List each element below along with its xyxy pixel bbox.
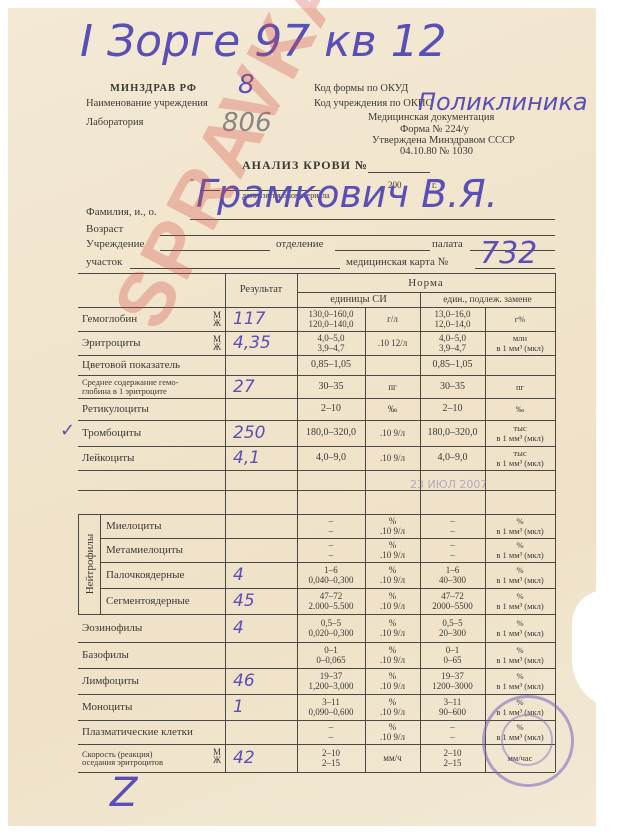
approved-date: 04.10.80 № 1030 bbox=[400, 146, 473, 157]
result-value[interactable]: 117 bbox=[233, 307, 265, 331]
norm-si-value: 19–371,200–3,000 bbox=[297, 668, 365, 694]
row-name: Среднее содержание гемо-глобина в 1 эрит… bbox=[82, 375, 211, 398]
row-name: Цветовой показатель bbox=[82, 355, 211, 375]
sex-marker: МЖ bbox=[211, 748, 223, 764]
norm-old-value: 0,5–520–300 bbox=[420, 614, 485, 642]
norm-si-unit: %.10 9/л bbox=[365, 562, 420, 588]
norm-si-value bbox=[297, 490, 365, 514]
norm-si-unit: %.10 9/л bbox=[365, 614, 420, 642]
norm-old-value: 3–1190–600 bbox=[420, 694, 485, 720]
round-stamp-icon bbox=[482, 695, 574, 787]
norm-si-value: 1–60,040–0,300 bbox=[297, 562, 365, 588]
row-name: Базофилы bbox=[82, 642, 211, 668]
norm-old-unit: тысв 1 мм³ (мкл) bbox=[485, 446, 555, 470]
norm-old-unit: пг bbox=[485, 375, 555, 398]
result-value[interactable]: 4 bbox=[233, 562, 244, 588]
norm-si-value: 2–10 bbox=[297, 398, 365, 420]
norm-si-unit: %.10 9/л bbox=[365, 642, 420, 668]
checkmark-icon: ✓ bbox=[60, 420, 75, 441]
norm-si-unit: пг bbox=[365, 375, 420, 398]
norm-si-value: 47–722.000–5.500 bbox=[297, 588, 365, 614]
result-value[interactable]: 45 bbox=[233, 588, 255, 614]
norm-old-unit: %в 1 мм³ (мкл) bbox=[485, 588, 555, 614]
norm-old-unit: млнв 1 мм³ (мкл) bbox=[485, 331, 555, 355]
norm-old-value: 30–35 bbox=[420, 375, 485, 398]
norm-old-value: 4,0–9,0 bbox=[420, 446, 485, 470]
row-name: Миелоциты bbox=[106, 514, 211, 538]
col-line bbox=[225, 273, 226, 772]
norm-si-unit: %.10 9/л bbox=[365, 668, 420, 694]
form-number: Форма № 224/у bbox=[400, 124, 469, 135]
row-name: Скорость (реакция)оседания эритроцитов bbox=[82, 744, 211, 772]
norm-old-unit: %в 1 мм³ (мкл) bbox=[485, 642, 555, 668]
norm-old-unit: %в 1 мм³ (мкл) bbox=[485, 614, 555, 642]
norm-si-value: 0–10–0,065 bbox=[297, 642, 365, 668]
neutrophils-group-label: Нейтрофилы bbox=[82, 534, 98, 594]
surname-field[interactable] bbox=[190, 219, 555, 220]
department-field[interactable] bbox=[335, 250, 430, 251]
norm-si-unit: %.10 9/л bbox=[365, 694, 420, 720]
handwritten-signature: Z bbox=[110, 770, 137, 816]
norm-si-value: –– bbox=[297, 538, 365, 562]
date-stamp: 23 ИЮЛ 2007 bbox=[410, 478, 487, 491]
result-value[interactable]: 1 bbox=[233, 694, 244, 720]
row-name: Тромбоциты bbox=[82, 420, 211, 446]
norm-old-value: 4,0–5,03,9–4,7 bbox=[420, 331, 485, 355]
result-value[interactable]: 46 bbox=[233, 668, 255, 694]
institution-name-label: Наименование учреждения bbox=[86, 98, 208, 109]
norm-si-value: 0,85–1,05 bbox=[297, 355, 365, 375]
norm-si-unit: %.10 9/л bbox=[365, 538, 420, 562]
laboratory-label: Лаборатория bbox=[86, 117, 143, 128]
ward-label: палата bbox=[432, 238, 463, 250]
sex-marker: МЖ bbox=[211, 311, 223, 327]
row-name: Эритроциты bbox=[82, 331, 211, 355]
row-name: Моноциты bbox=[82, 694, 211, 720]
card-label: медицинская карта № bbox=[346, 256, 448, 268]
norm-old-unit: ‰ bbox=[485, 398, 555, 420]
row-name bbox=[82, 470, 211, 490]
handwritten-clinic: Поликлиника bbox=[418, 88, 588, 116]
norm-old-value: 2–10 bbox=[420, 398, 485, 420]
group-border bbox=[100, 514, 101, 614]
norm-si-value: –– bbox=[297, 720, 365, 744]
norm-si-unit: %.10 9/л bbox=[365, 514, 420, 538]
header-result: Результат bbox=[225, 273, 297, 307]
norm-old-value: 19–371200–3000 bbox=[420, 668, 485, 694]
age-label: Возраст bbox=[86, 223, 123, 235]
norm-si-unit: мм/ч bbox=[365, 744, 420, 772]
norm-old-unit: %в 1 мм³ (мкл) bbox=[485, 562, 555, 588]
blood-analysis-table: НейтрофилыРезультатНормаединицы СИедин.,… bbox=[78, 273, 555, 772]
row-name: Лимфоциты bbox=[82, 668, 211, 694]
row-name: Палочкоядерные bbox=[106, 562, 211, 588]
norm-old-value: 47–722000–5500 bbox=[420, 588, 485, 614]
norm-old-value: 180,0–320,0 bbox=[420, 420, 485, 446]
norm-old-unit: %в 1 мм³ (мкл) bbox=[485, 668, 555, 694]
group-border bbox=[78, 514, 79, 614]
col-line bbox=[555, 273, 556, 772]
norm-si-value: 2–102–15 bbox=[297, 744, 365, 772]
norm-si-unit: .10 9/л bbox=[365, 446, 420, 470]
norm-si-value: 3–110,090–0,600 bbox=[297, 694, 365, 720]
row-name bbox=[82, 490, 211, 514]
norm-si-unit: .10 12/л bbox=[365, 331, 420, 355]
norm-old-unit: %в 1 мм³ (мкл) bbox=[485, 538, 555, 562]
row-name: Плазматические клетки bbox=[82, 720, 211, 744]
norm-old-value: 0,85–1,05 bbox=[420, 355, 485, 375]
norm-si-unit: г/л bbox=[365, 307, 420, 331]
norm-old-unit: г% bbox=[485, 307, 555, 331]
result-value[interactable]: 4,1 bbox=[233, 446, 260, 470]
norm-si-unit: ‰ bbox=[365, 398, 420, 420]
norm-si-value: 130,0–160,0120,0–140,0 bbox=[297, 307, 365, 331]
row-name: Метамиелоциты bbox=[106, 538, 211, 562]
norm-old-value: –– bbox=[420, 538, 485, 562]
norm-old-value: 0–10–65 bbox=[420, 642, 485, 668]
row-name: Эозинофилы bbox=[82, 614, 211, 642]
norm-si-value: 0,5–50,020–0,300 bbox=[297, 614, 365, 642]
result-value[interactable]: 4 bbox=[233, 614, 244, 642]
norm-old-value: 2–102–15 bbox=[420, 744, 485, 772]
result-value[interactable]: 250 bbox=[233, 420, 265, 446]
row-name: Ретикулоциты bbox=[82, 398, 211, 420]
okud-label: Код формы по ОКУД bbox=[314, 83, 408, 94]
header-old-units: един., подлеж. замене bbox=[420, 292, 555, 307]
okpo-label: Код учреждения по ОКПО bbox=[314, 98, 433, 109]
norm-old-unit: тысв 1 мм³ (мкл) bbox=[485, 420, 555, 446]
norm-si-unit bbox=[365, 355, 420, 375]
result-value[interactable]: 42 bbox=[233, 744, 255, 772]
result-value[interactable]: 27 bbox=[233, 375, 255, 398]
handwritten-card-number: 732 bbox=[480, 236, 537, 271]
norm-si-value: 4,0–5,03,9–4,7 bbox=[297, 331, 365, 355]
sex-marker: МЖ bbox=[211, 335, 223, 351]
approved-label: Утверждена Минздравом СССР bbox=[372, 135, 515, 146]
norm-old-unit: %в 1 мм³ (мкл) bbox=[485, 514, 555, 538]
department-label: отделение bbox=[276, 238, 324, 250]
norm-si-value: 30–35 bbox=[297, 375, 365, 398]
norm-si-unit: .10 9/л bbox=[365, 420, 420, 446]
norm-si-unit bbox=[365, 490, 420, 514]
norm-si-value bbox=[297, 470, 365, 490]
norm-old-unit bbox=[485, 470, 555, 490]
header-si-units: единицы СИ bbox=[297, 292, 420, 307]
norm-si-unit: %.10 9/л bbox=[365, 720, 420, 744]
norm-si-value: 4,0–9,0 bbox=[297, 446, 365, 470]
norm-old-unit bbox=[485, 490, 555, 514]
norm-old-value: –– bbox=[420, 514, 485, 538]
norm-old-value bbox=[420, 490, 485, 514]
norm-si-value: 180,0–320,0 bbox=[297, 420, 365, 446]
norm-old-value: 13,0–16,012,0–14,0 bbox=[420, 307, 485, 331]
norm-old-value: 1–640–300 bbox=[420, 562, 485, 588]
norm-old-unit bbox=[485, 355, 555, 375]
norm-si-unit: %.10 9/л bbox=[365, 588, 420, 614]
row-line bbox=[78, 772, 555, 773]
header-norm: Норма bbox=[297, 273, 555, 292]
row-name: Лейкоциты bbox=[82, 446, 211, 470]
ministry-label: МИНЗДРАВ РФ bbox=[110, 83, 197, 94]
result-value[interactable]: 4,35 bbox=[233, 331, 271, 355]
norm-si-value: –– bbox=[297, 514, 365, 538]
norm-old-value: –– bbox=[420, 720, 485, 744]
row-name: Сегментоядерные bbox=[106, 588, 211, 614]
